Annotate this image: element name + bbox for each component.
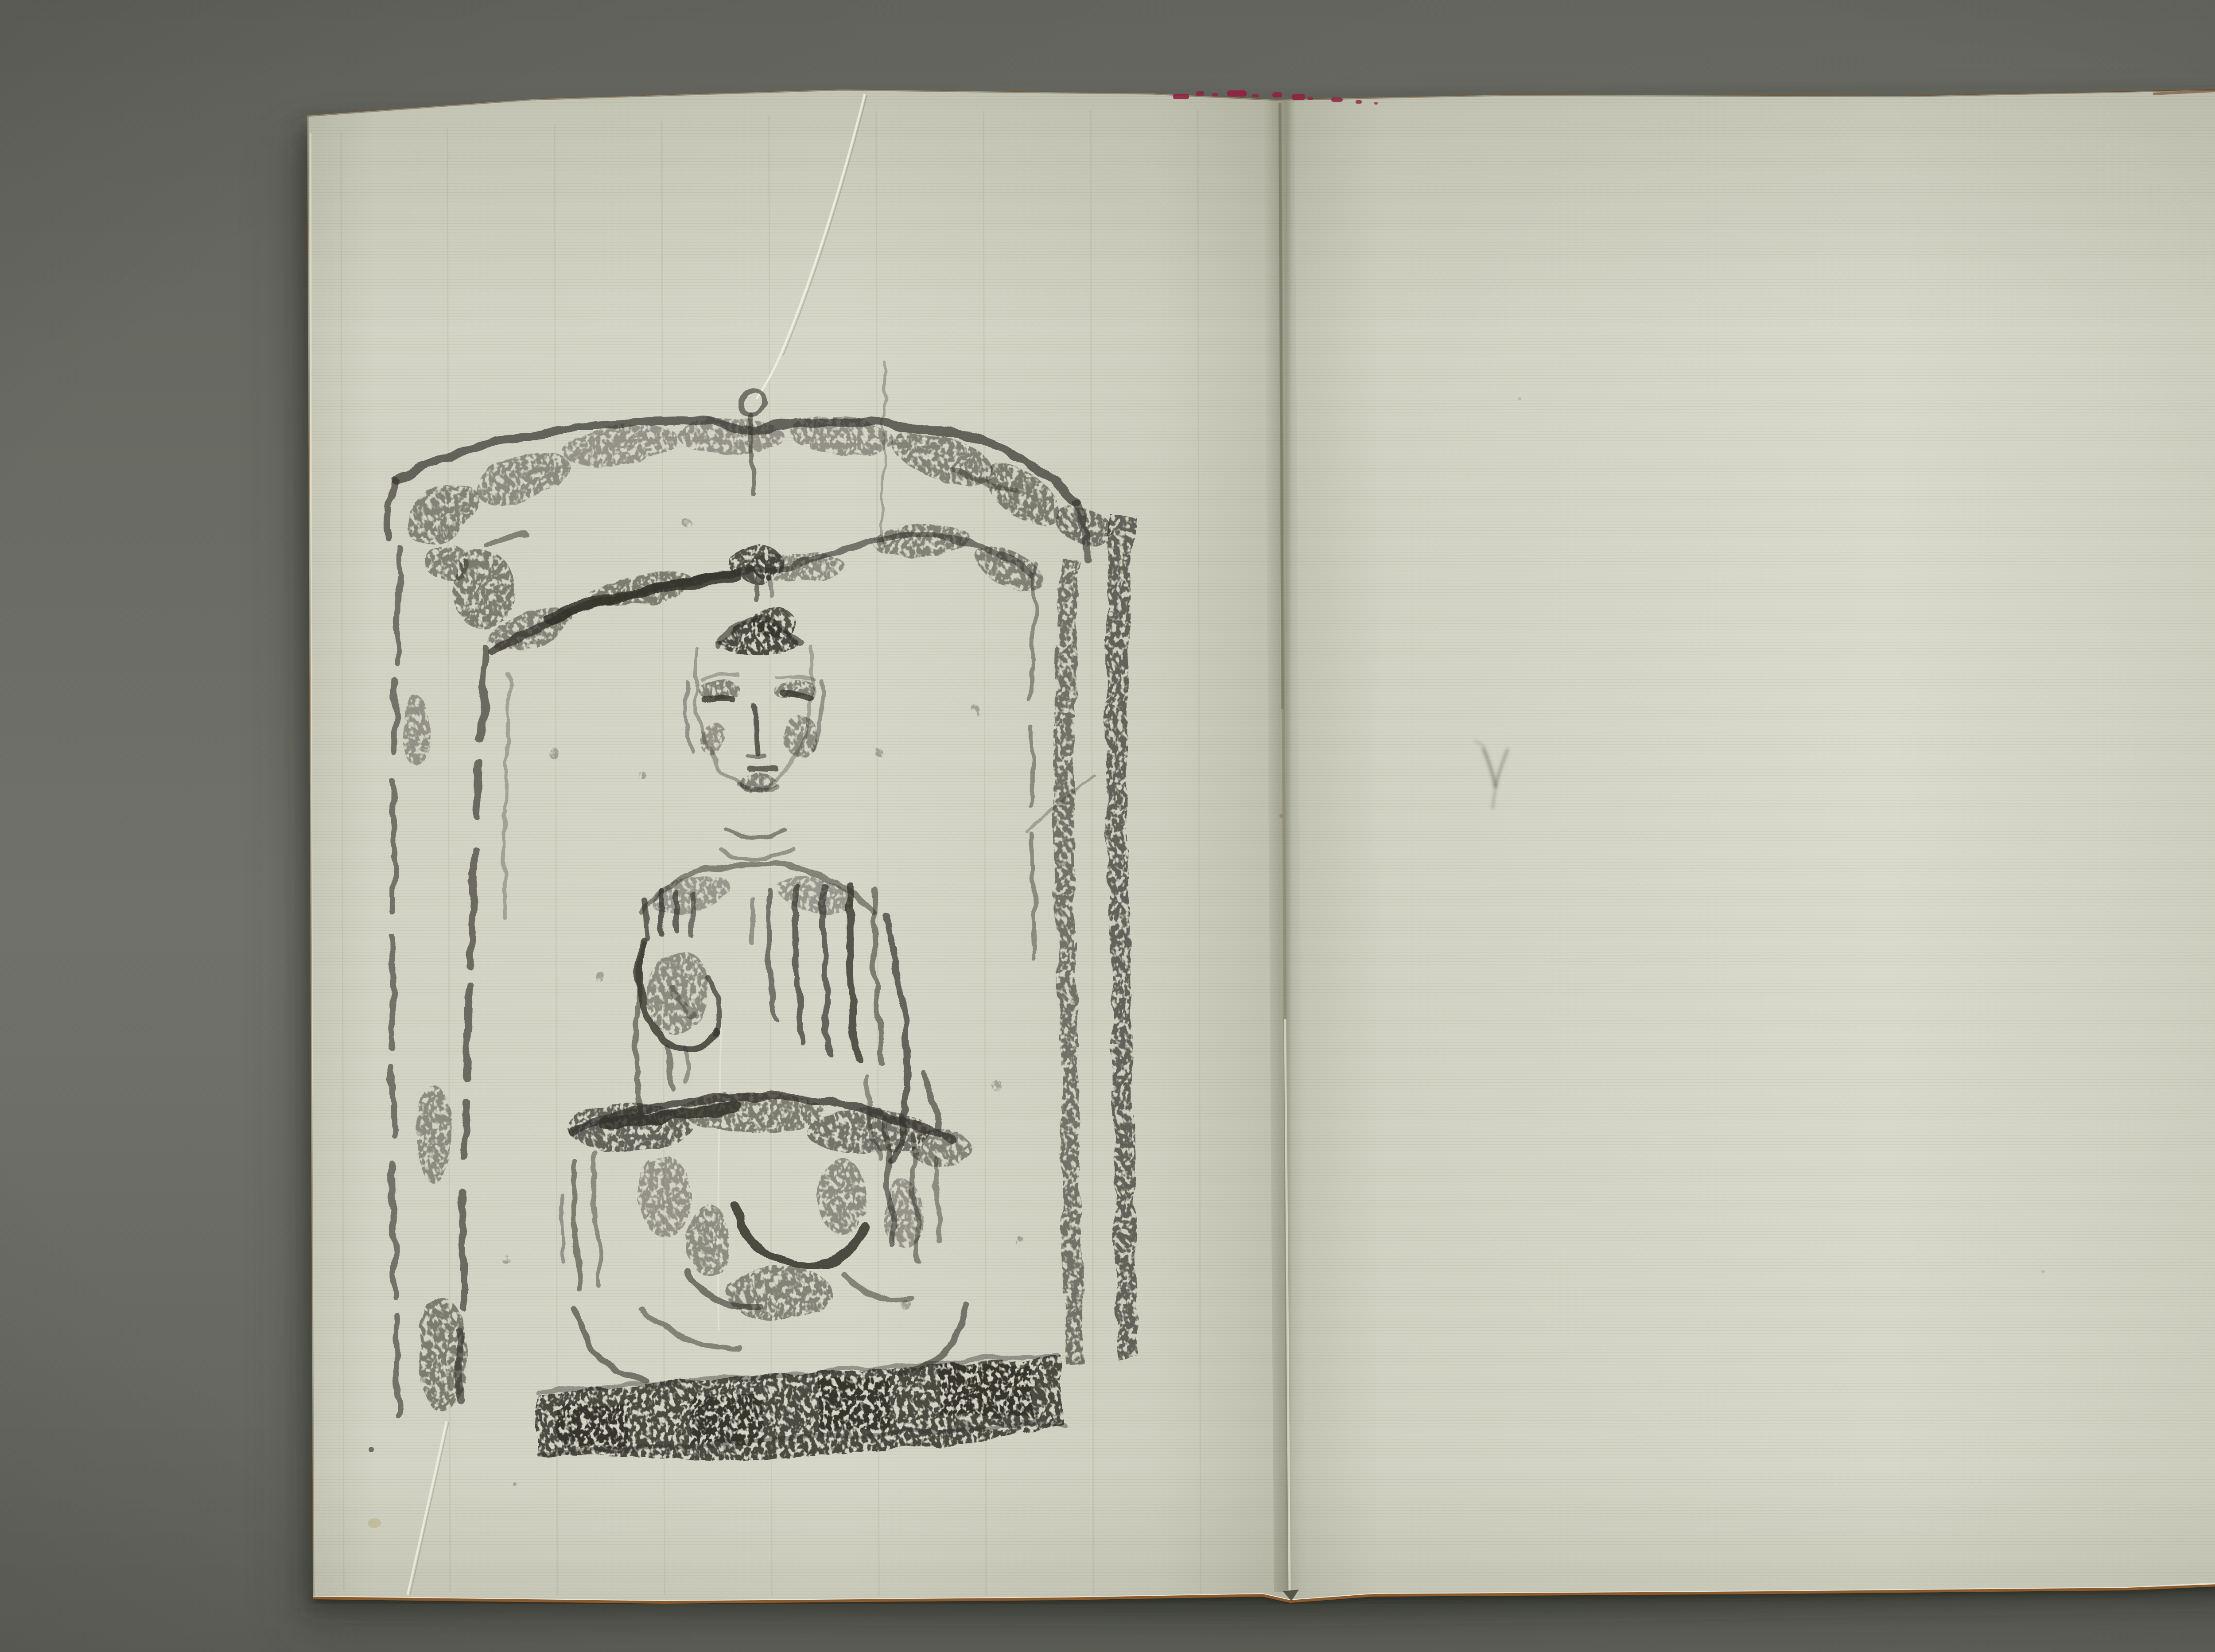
photograph-open-book [0,0,2215,1652]
open-book [308,84,2215,1604]
